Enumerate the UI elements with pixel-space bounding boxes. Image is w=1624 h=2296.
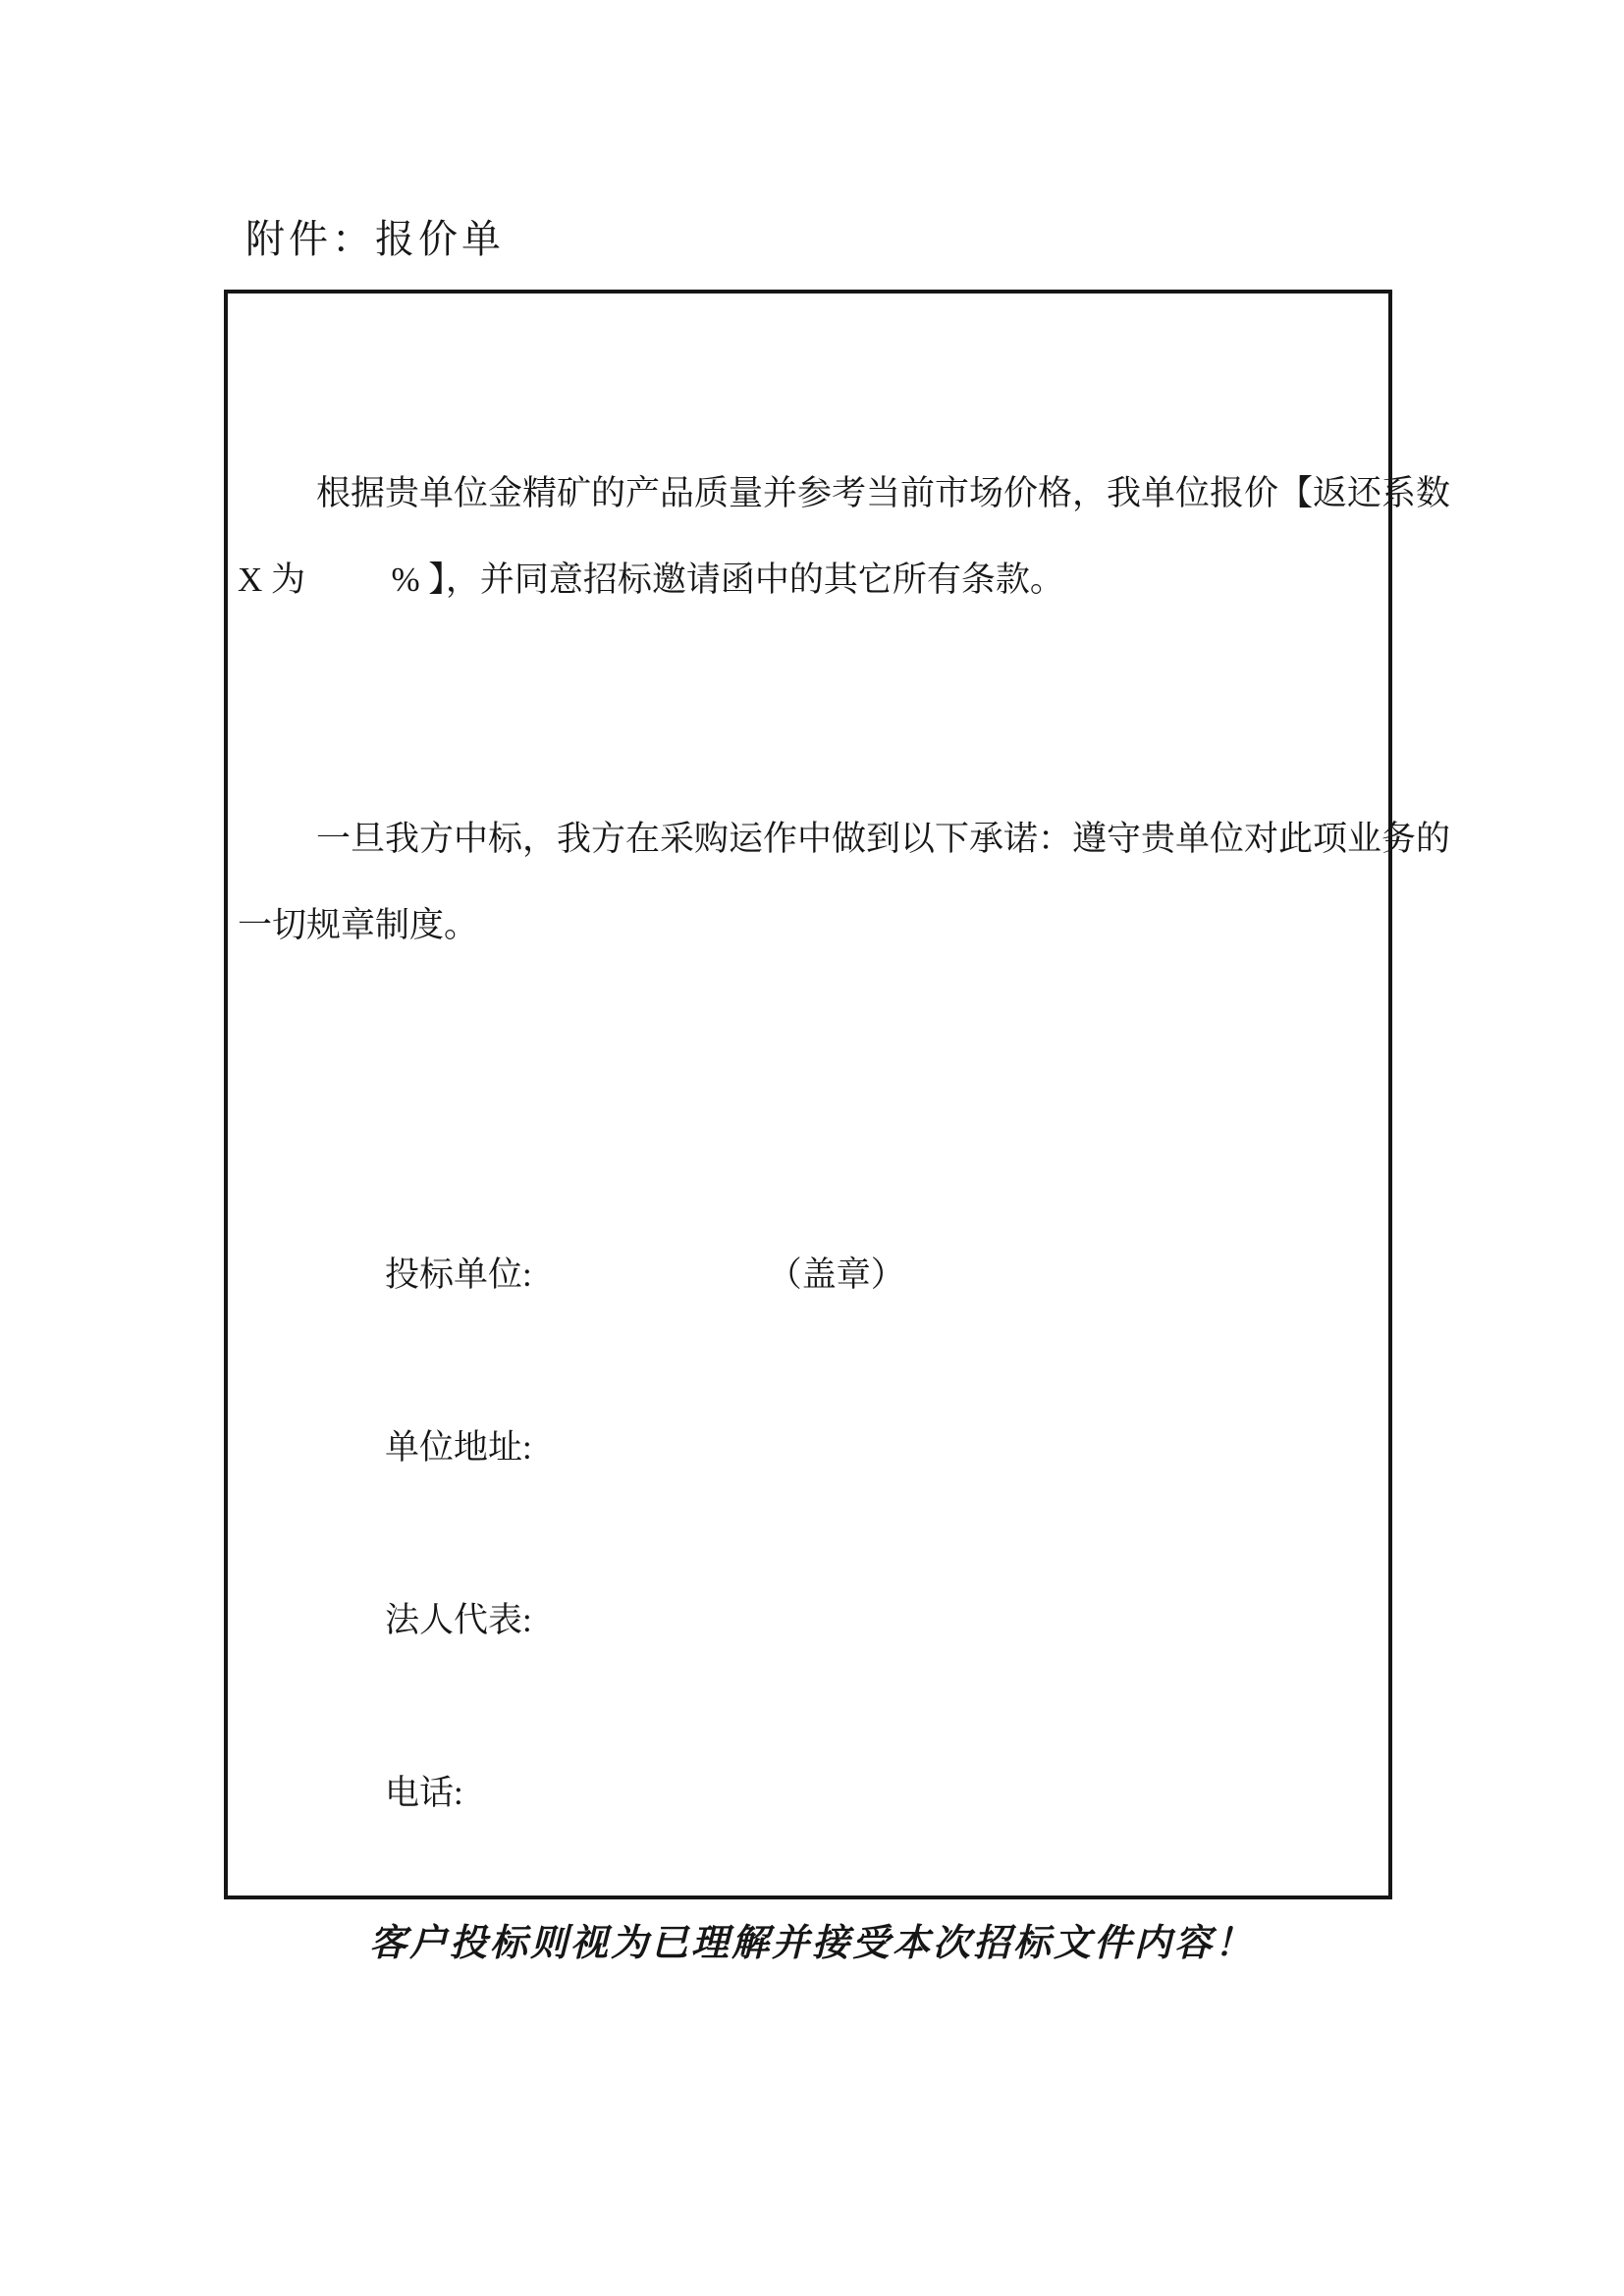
quotation-box: 根据贵单位金精矿的产品质量并参考当前市场价格，我单位报价【返还系数 X 为 % … bbox=[224, 290, 1392, 1899]
field-legal-representative-label: 法人代表: bbox=[385, 1601, 532, 1639]
field-unit-address: 单位地址: bbox=[316, 1318, 1382, 1405]
paragraph-quote-line-1: 根据贵单位金精矿的产品质量并参考当前市场价格，我单位报价【返还系数 bbox=[238, 451, 1382, 537]
document-page: 附件：报价单 根据贵单位金精矿的产品质量并参考当前市场价格，我单位报价【返还系数… bbox=[0, 0, 1624, 2296]
paragraph-quote-line-2: X 为 % 】，并同意招标邀请函中的其它所有条款。 bbox=[238, 537, 1382, 623]
footer-acceptance-note: 客户投标则视为已理解并接受本次招标文件内容！ bbox=[0, 1916, 1624, 1971]
field-bidder-unit-label: 投标单位: bbox=[385, 1255, 532, 1294]
paragraph-commitment: 一旦我方中标，我方在采购运作中做到以下承诺：遵守贵单位对此项业务的 一切规章制度… bbox=[238, 796, 1382, 969]
paragraph-commitment-line-2: 一切规章制度。 bbox=[238, 882, 1382, 969]
field-unit-address-label: 单位地址: bbox=[385, 1428, 532, 1467]
field-legal-representative: 法人代表: bbox=[316, 1491, 1382, 1577]
signature-fields: 投标单位:（盖章） 单位地址: 法人代表: 电话: bbox=[238, 1146, 1382, 1750]
field-bidder-unit: 投标单位:（盖章） bbox=[316, 1146, 1382, 1232]
field-telephone: 电话: bbox=[316, 1664, 1382, 1750]
field-telephone-label: 电话: bbox=[385, 1774, 463, 1812]
seal-note: （盖章） bbox=[768, 1232, 905, 1318]
attachment-title: 附件：报价单 bbox=[245, 214, 505, 265]
paragraph-quote: 根据贵单位金精矿的产品质量并参考当前市场价格，我单位报价【返还系数 X 为 % … bbox=[238, 451, 1382, 623]
paragraph-commitment-line-1: 一旦我方中标，我方在采购运作中做到以下承诺：遵守贵单位对此项业务的 bbox=[238, 796, 1382, 882]
